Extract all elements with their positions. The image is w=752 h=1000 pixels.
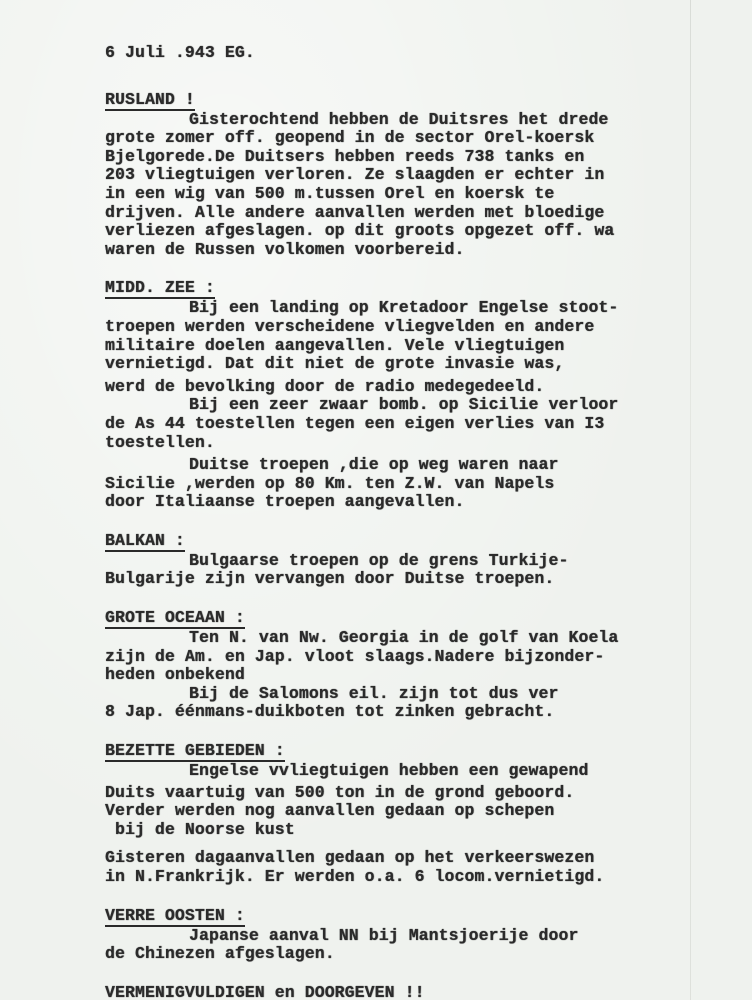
text-line: drijven. Alle andere aanvallen werden me…: [105, 204, 705, 223]
paragraph: Bij een landing op Kretadoor Engelse sto…: [105, 299, 705, 396]
text-line: Japanse aanval NN bij Mantsjoerije door: [105, 927, 705, 946]
text-line: Ten N. van Nw. Georgia in de golf van Ko…: [105, 629, 705, 648]
section-verre-oosten: VERRE OOSTEN : Japanse aanval NN bij Man…: [105, 907, 705, 964]
text-line: heden onbekend: [105, 666, 705, 685]
text-line: 203 vliegtuigen verloren. Ze slaagden er…: [105, 166, 705, 185]
text-line: Duits vaartuig van 500 ton in de grond g…: [105, 784, 705, 803]
text-line: grote zomer off. geopend in de sector Or…: [105, 129, 705, 148]
section-bezette-gebieden: BEZETTE GEBIEDEN : Engelse vvliegtuigen …: [105, 742, 705, 887]
text-line: Engelse vvliegtuigen hebben een gewapend: [105, 762, 705, 781]
section-heading: RUSLAND !: [105, 91, 195, 111]
text-line: vernietigd. Dat dit niet de grote invasi…: [105, 355, 705, 374]
text-line: de As 44 toestellen tegen een eigen verl…: [105, 415, 705, 434]
section-midd-zee: MIDD. ZEE : Bij een landing op Kretadoor…: [105, 279, 705, 512]
text-line: Bjelgorede.De Duitsers hebben reeds 738 …: [105, 148, 705, 167]
paragraph: Engelse vvliegtuigen hebben een gewapend…: [105, 762, 705, 839]
paragraph: Gisteren dagaanvallen gedaan op het verk…: [105, 849, 705, 886]
text-line: verliezen afgeslagen. op dit groots opge…: [105, 222, 705, 241]
text-line: troepen werden verscheidene vliegvelden …: [105, 318, 705, 337]
text-line: de Chinezen afgeslagen.: [105, 945, 705, 964]
text-line: Gisterochtend hebben de Duitsres het dre…: [105, 111, 705, 130]
typewritten-bulletin: 6 Juli .943 EG. RUSLAND ! Gisterochtend …: [105, 44, 705, 1000]
text-line: 8 Jap. éénmans-duikboten tot zinken gebr…: [105, 703, 705, 722]
section-heading: BALKAN :: [105, 532, 185, 552]
section-grote-oceaan: GROTE OCEAAN : Ten N. van Nw. Georgia in…: [105, 609, 705, 722]
text-line: in N.Frankrijk. Er werden o.a. 6 locom.v…: [105, 868, 705, 887]
paragraph: Bij een zeer zwaar bomb. op Sicilie verl…: [105, 396, 705, 452]
closing-instruction: VERMENIGVULDIGEN en DOORGEVEN !!: [105, 984, 705, 1000]
paragraph: Gisterochtend hebben de Duitsres het dre…: [105, 111, 705, 260]
section-heading: MIDD. ZEE :: [105, 279, 215, 299]
text-line: Bulgarije zijn vervangen door Duitse tro…: [105, 570, 705, 589]
section-rusland: RUSLAND ! Gisterochtend hebben de Duitsr…: [105, 91, 705, 260]
paragraph: Bij de Salomons eil. zijn tot dus ver 8 …: [105, 685, 705, 722]
text-line: militaire doelen aangevallen. Vele vlieg…: [105, 337, 705, 356]
text-line: Bulgaarse troepen op de grens Turkije-: [105, 552, 705, 571]
dateline: 6 Juli .943 EG.: [105, 44, 705, 63]
paragraph: Ten N. van Nw. Georgia in de golf van Ko…: [105, 629, 705, 685]
text-line: Bij een zeer zwaar bomb. op Sicilie verl…: [105, 396, 705, 415]
text-line: zijn de Am. en Jap. vloot slaags.Nadere …: [105, 648, 705, 667]
text-line: bij de Noorse kust: [105, 821, 705, 840]
section-heading: BEZETTE GEBIEDEN :: [105, 742, 285, 762]
text-line: waren de Russen volkomen voorbereid.: [105, 241, 705, 260]
text-line: toestellen.: [105, 434, 705, 453]
paragraph: Bulgaarse troepen op de grens Turkije- B…: [105, 552, 705, 589]
text-line: Duitse troepen ,die op weg waren naar: [105, 456, 705, 475]
scanned-page: 6 Juli .943 EG. RUSLAND ! Gisterochtend …: [0, 0, 752, 1000]
paragraph: Duitse troepen ,die op weg waren naar Si…: [105, 456, 705, 512]
text-line: door Italiaanse troepen aangevallen.: [105, 493, 705, 512]
text-line: in een wig van 500 m.tussen Orel en koer…: [105, 185, 705, 204]
text-line: Gisteren dagaanvallen gedaan op het verk…: [105, 849, 705, 868]
text-line: Bij een landing op Kretadoor Engelse sto…: [105, 299, 705, 318]
text-line: Sicilie ,werden op 80 Km. ten Z.W. van N…: [105, 475, 705, 494]
section-heading: GROTE OCEAAN :: [105, 609, 245, 629]
paragraph: Japanse aanval NN bij Mantsjoerije door …: [105, 927, 705, 964]
section-heading: VERRE OOSTEN :: [105, 907, 245, 927]
text-line: Verder werden nog aanvallen gedaan op sc…: [105, 802, 705, 821]
text-line: werd de bevolking door de radio medegede…: [105, 378, 705, 397]
text-line: Bij de Salomons eil. zijn tot dus ver: [105, 685, 705, 704]
section-balkan: BALKAN : Bulgaarse troepen op de grens T…: [105, 532, 705, 589]
